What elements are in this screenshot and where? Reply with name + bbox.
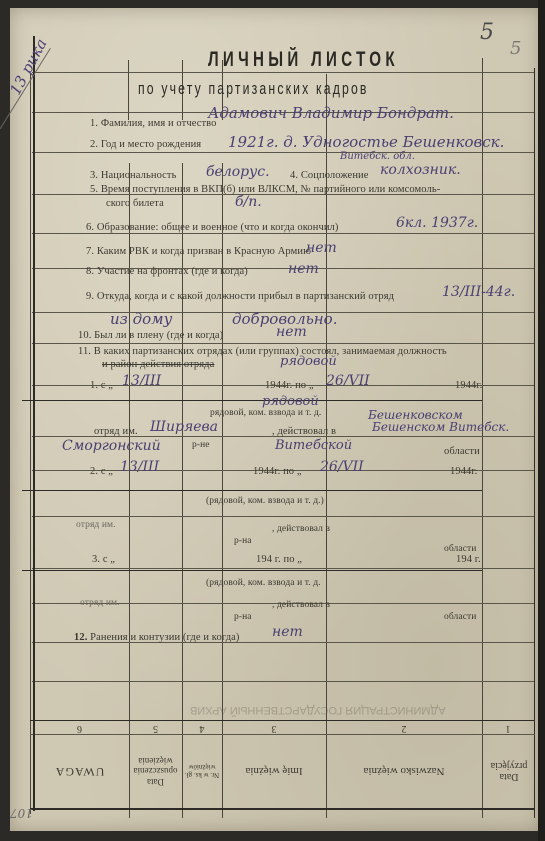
grid-vline [482,58,483,818]
service-1-from: 1. с „ [90,380,113,391]
inverted-col-number: 5 [129,722,182,734]
field-10-value: нет [276,324,307,340]
grid-hline [30,808,535,810]
field-2-value-extra: Витебск. обл. [340,151,415,162]
field-2-label: 2. Год и место рождения [90,139,201,150]
field-8-label: 8. Участие на фронтах (где и когда) [86,266,248,277]
service-1-year-from: 1944г. по „ [265,380,314,391]
separator-line [22,490,482,491]
grid-hline [32,233,534,234]
field-12-label: 12. Ранения и контузии (где и когда) [74,632,240,643]
service-2-position: рядовой [262,394,319,409]
field-9-value-line2: из дому [110,310,172,328]
page-number-pencil: 5 [510,38,521,59]
service-acted-label: , действовал в [272,426,336,437]
grid-vline [128,60,129,120]
grid-vline [30,74,31,814]
field-9-label: 9. Откуда, когда и с какой должности при… [86,291,394,302]
inverted-header-date-admitted: Data przyjęcia [488,736,530,806]
service-4-acted-label: , действовал в [272,600,330,610]
service-2-year-to: 1944г. [450,466,477,477]
field-10-label: 10. Был ли в плену (где и когда) [78,330,223,341]
field-3-value: белорус. [206,164,270,180]
service-unit-label: отряд им. [94,426,138,437]
grid-hline [32,681,534,682]
inverted-header-surname: Nazwisko więźnia [326,736,482,806]
service-rayon-label: р-не [192,440,210,450]
field-12-value: нет [272,624,303,640]
document-subtitle: по учету партизанских кадров [138,79,369,99]
inverted-header-first-name: Imię więźnia [222,736,326,806]
field-5-value: б/п. [235,194,262,210]
grid-hline [30,734,535,735]
service-2-to-value: 26/VII [320,459,364,475]
service-3-from: 3. с „ [92,554,115,565]
inverted-header-date-released: Data opuszczenia więzienia [131,736,180,806]
field-8-value: нет [288,261,319,277]
document-title: ЛИЧНЫЙ ЛИСТОК [208,48,399,72]
service-1-from-value: 13/III [122,373,161,389]
service-3-year-from: 194 г. по „ [256,554,302,565]
field-6-value: 6кл. 1937г. [396,215,478,231]
service-oblast-label: области [444,446,480,457]
field-1-label: 1. Фамилия, имя и отчество [90,118,217,129]
service-1-year-to: 1944г. [455,380,482,391]
field-7-label: 7. Каким РВК и когда призван в Красную А… [86,246,311,257]
inverted-col-number: 3 [222,722,326,734]
inverted-col-number: 6 [30,722,129,734]
page-number-ink: 5 [480,20,494,45]
grid-hline [30,720,535,721]
service-district-value: Бешенском Витебск. [372,420,509,434]
service-1-to-value: 26/VII [326,373,370,389]
field-5-label-cont: ского билета [106,198,164,209]
inverted-header-remarks: UWAGA [30,736,129,806]
inverted-header-register-no: Nr. w ks. gł. więźniów [184,736,220,806]
service-oblast-value: Витебской [275,438,352,453]
service-2-year-from: 1944г. по „ [253,466,302,477]
service-3-position-hint: (рядовой, ком. взвода и т. д. [206,578,321,588]
left-border [33,36,35,811]
field-2-value: 1921г. д. Удногостье Бешенковск. [228,133,504,151]
grid-vline [534,68,535,818]
service-4-unit-label: отряд им. [80,598,120,608]
field-9-value: 13/III-44г. [442,284,515,300]
service-3-unit-label: отряд им. [76,520,116,530]
service-2-from-value: 13/III [120,459,159,475]
page-edge-shadow [538,0,545,841]
service-3-year-to: 194 г. [456,554,481,565]
field-7-value: нет [306,240,337,256]
service-3-oblast-label: области [444,544,476,554]
separator-line [22,400,482,401]
bottom-margin-note: 107 [10,806,33,820]
margin-note: 13 рика [6,36,51,98]
service-3-acted-label: , действовал в [272,524,330,534]
service-2-position-hint: (рядовой, ком. взвода и т. д.) [206,496,324,506]
service-unit-value: Ширяева [150,419,218,435]
field-5-label: 5. Время поступления в ВКП(б) или ВЛКСМ,… [90,184,440,195]
faded-stamp: АДМИНИСТРАЦИЯ ГОСУДАРСТВЕННЫЙ АРХИВ [190,704,446,716]
service-4-rayon-label: р-на [234,612,252,622]
grid-hline [32,343,534,344]
service-2-from: 2. с „ [90,466,113,477]
field-4-label: 4. Соцположение [290,170,369,181]
inverted-col-number: 4 [182,722,222,734]
grid-hline [32,72,534,73]
service-position-hint: рядовой, ком. взвода и т. д. [210,408,321,418]
field-11-label: 11. В каких партизанских отрядах (или гр… [78,346,447,357]
service-4-oblast-label: области [444,612,476,622]
field-3-label: 3. Национальность [90,170,177,181]
field-11-label-cont: и район действия отряда [102,359,214,370]
grid-hline [32,516,534,517]
field-1-value: Адамович Владимир Бондрат. [208,104,454,122]
field-4-value: колхозник. [380,162,461,178]
service-3-rayon-label: р-на [234,536,252,546]
inverted-col-number: 1 [482,722,534,734]
service-1-position: рядовой [280,354,337,369]
inverted-col-number: 2 [326,722,482,734]
separator-line [22,570,482,571]
service-rayon-value: Сморгонский [62,438,161,454]
grid-hline [32,568,534,569]
grid-hline [32,152,534,153]
document-page: 5 5 13 рика 107 ЛИЧНЫЙ ЛИСТОК по учету п… [10,8,540,831]
field-6-label: 6. Образование: общее и военное (что и к… [86,222,339,233]
